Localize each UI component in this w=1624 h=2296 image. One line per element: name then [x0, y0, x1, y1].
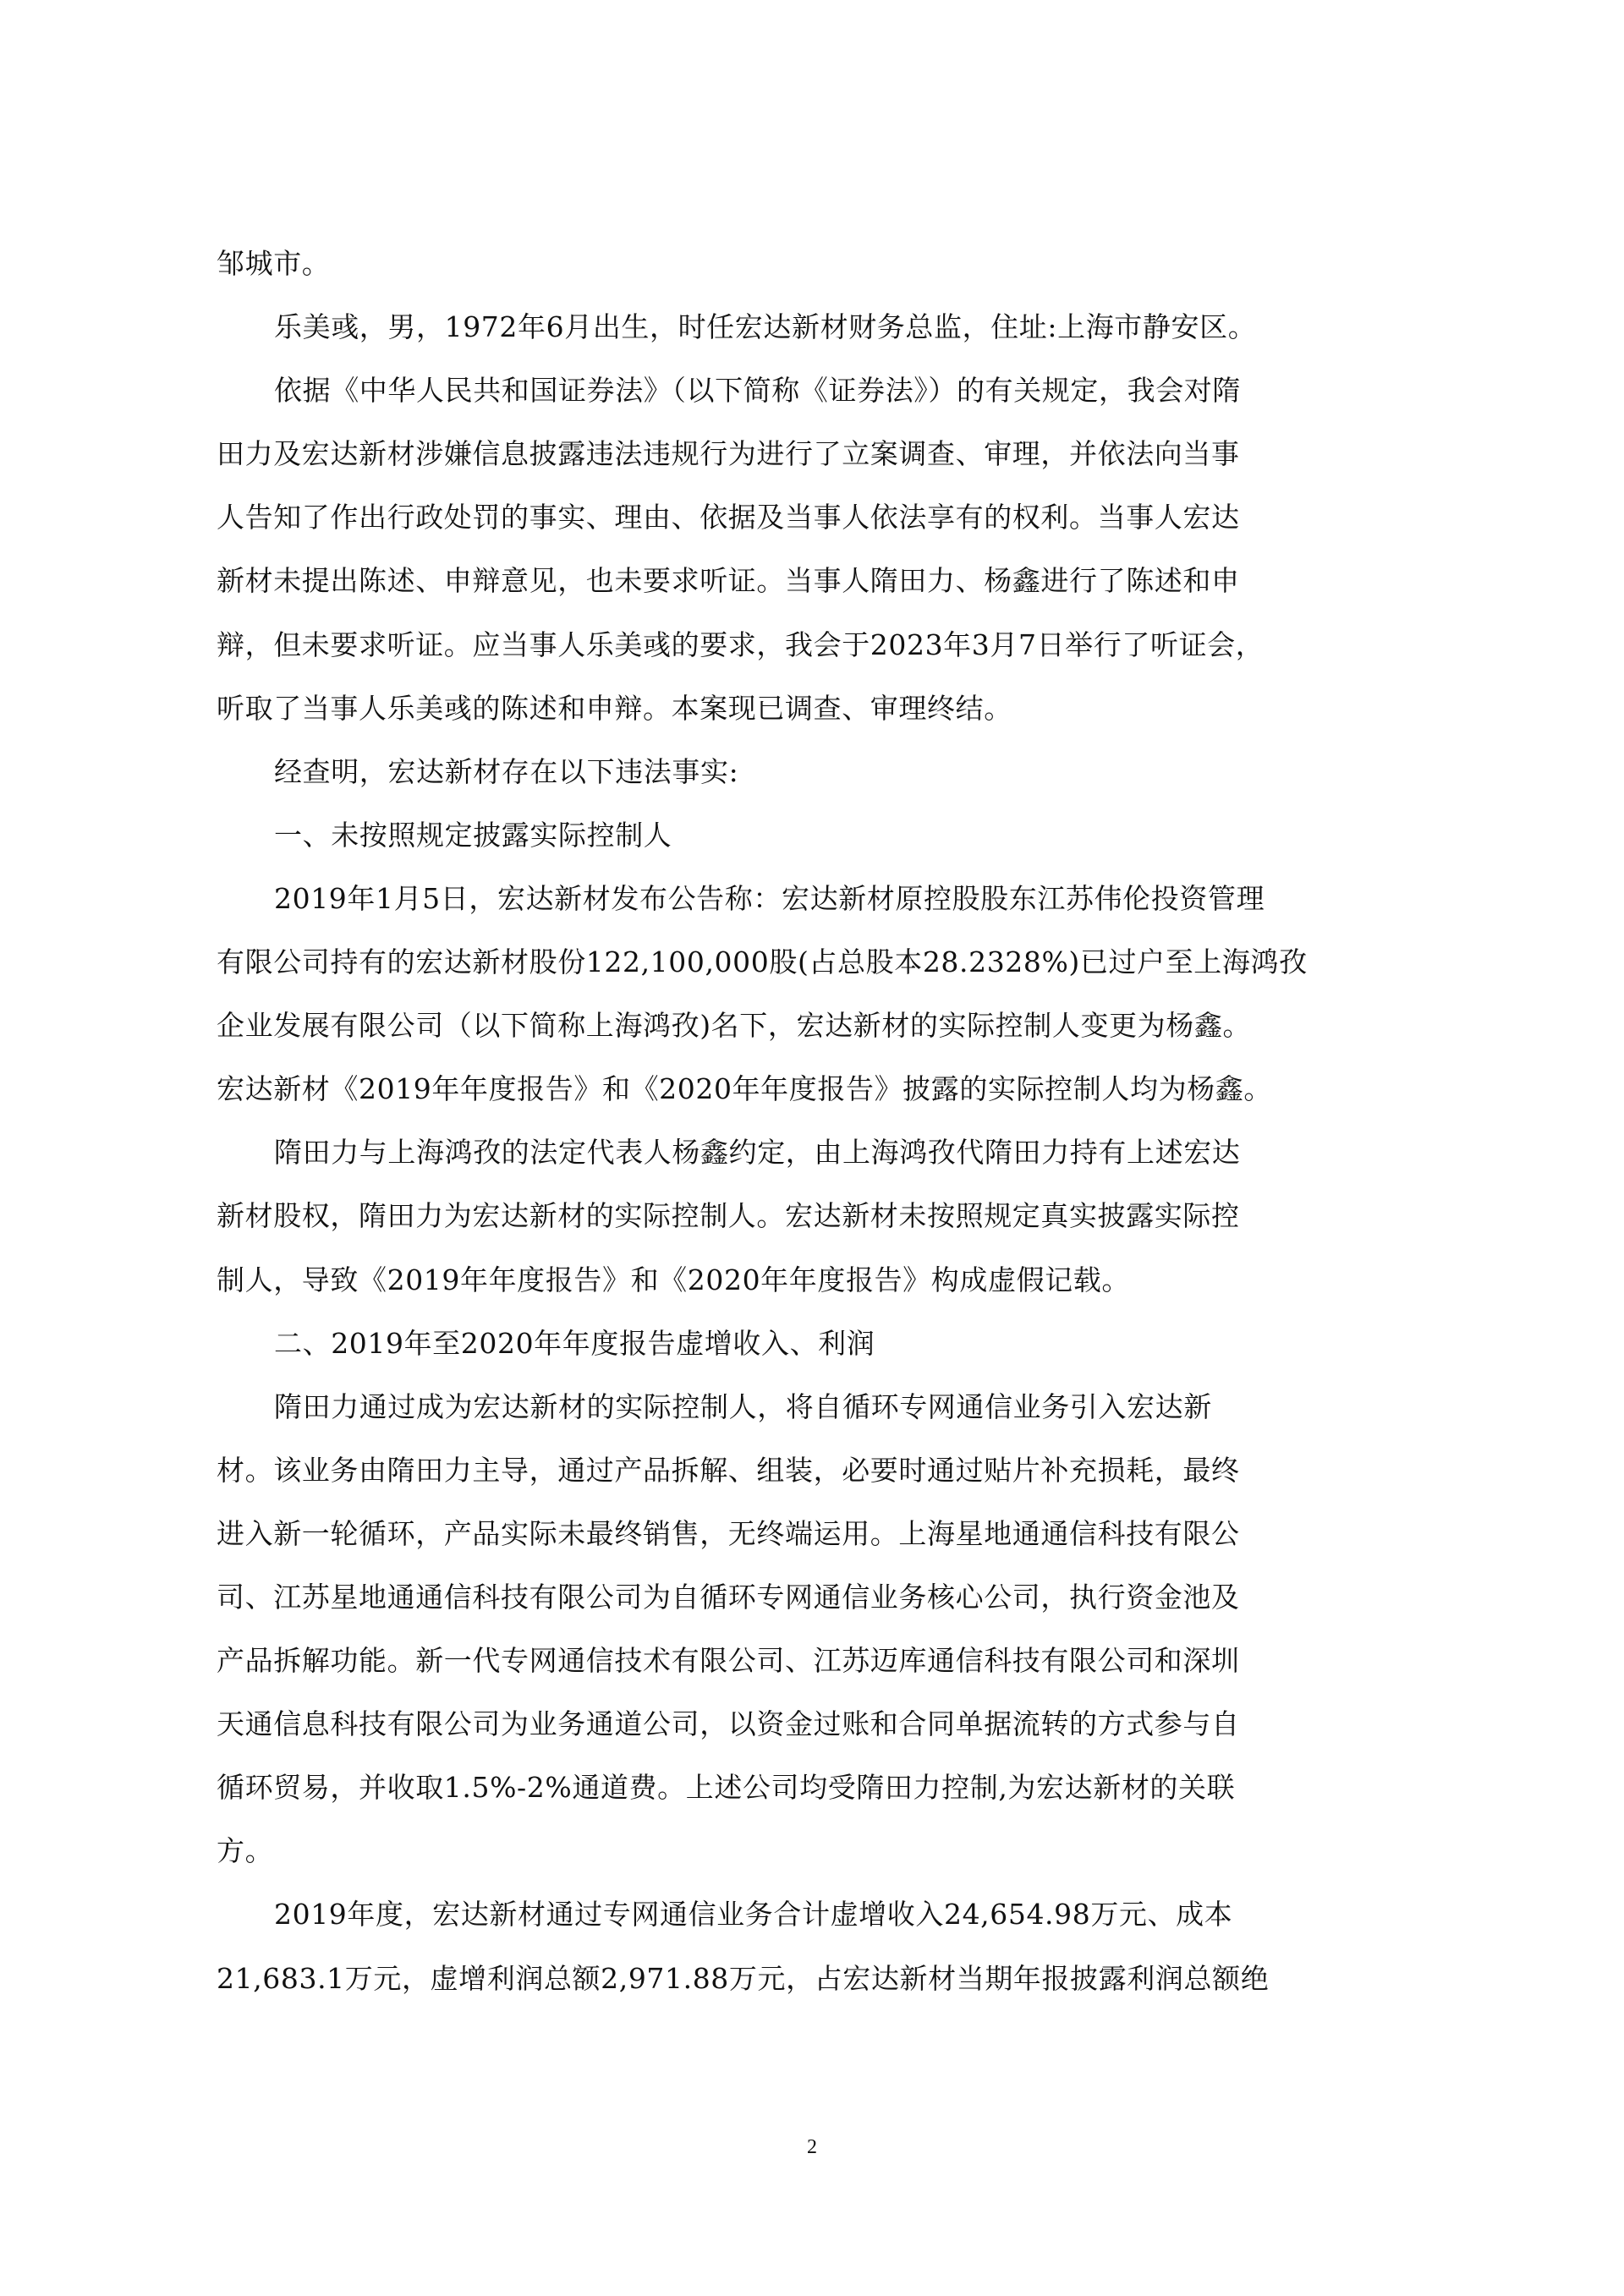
- text-line-20: 材。该业务由隋田力主导，通过产品拆解、组装，必要时通过贴片补充损耗，最终: [217, 1452, 1418, 1515]
- text-line-9: 经查明，宏达新材存在以下违法事实:: [217, 753, 1418, 817]
- text-line-5: 人告知了作出行政处罚的事实、理由、依据及当事人依法享有的权利。当事人宏达: [217, 499, 1418, 562]
- text-line-12: 有限公司持有的宏达新材股份122,100,000股(占总股本28.2328%)已…: [217, 944, 1418, 1007]
- section-heading-2: 二、2019年至2020年年度报告虚增收入、利润: [217, 1325, 1418, 1389]
- text-line-25: 循环贸易，并收取1.5%-2%通道费。上述公司均受隋田力控制,为宏达新材的关联: [217, 1769, 1418, 1833]
- text-line-11: 2019年1月5日，宏达新材发布公告称：宏达新材原控股股东江苏伟伦投资管理: [217, 880, 1418, 944]
- text-line-7: 辩，但未要求听证。应当事人乐美彧的要求，我会于2023年3月7日举行了听证会，: [217, 627, 1418, 690]
- text-line-23: 产品拆解功能。新一代专网通信技术有限公司、江苏迈库通信科技有限公司和深圳: [217, 1642, 1418, 1706]
- text-line-19: 隋田力通过成为宏达新材的实际控制人，将自循环专网通信业务引入宏达新: [217, 1389, 1418, 1452]
- document-page: 邹城市。 乐美彧，男，1972年6月出生，时任宏达新材财务总监，住址:上海市静安…: [0, 0, 1624, 2296]
- text-line-13: 企业发展有限公司（以下简称上海鸿孜)名下，宏达新材的实际控制人变更为杨鑫。: [217, 1007, 1418, 1071]
- text-line-1: 邹城市。: [217, 245, 1418, 309]
- text-line-6: 新材未提出陈述、申辩意见，也未要求听证。当事人隋田力、杨鑫进行了陈述和申: [217, 562, 1418, 626]
- text-line-2: 乐美彧，男，1972年6月出生，时任宏达新材财务总监，住址:上海市静安区。: [217, 309, 1418, 372]
- text-line-16: 新材股权，隋田力为宏达新材的实际控制人。宏达新材未按照规定真实披露实际控: [217, 1197, 1418, 1261]
- text-line-21: 进入新一轮循环，产品实际未最终销售，无终端运用。上海星地通通信科技有限公: [217, 1515, 1418, 1579]
- text-line-8: 听取了当事人乐美彧的陈述和申辩。本案现已调查、审理终结。: [217, 690, 1418, 753]
- text-line-3: 依据《中华人民共和国证券法》（以下简称《证券法》）的有关规定，我会对隋: [217, 372, 1418, 436]
- text-line-22: 司、江苏星地通通信科技有限公司为自循环专网通信业务核心公司，执行资金池及: [217, 1579, 1418, 1642]
- text-line-28: 21,683.1万元，虚增利润总额2,971.88万元，占宏达新材当期年报披露利…: [217, 1960, 1418, 2024]
- page-number: 2: [0, 2136, 1624, 2159]
- document-body: 邹城市。 乐美彧，男，1972年6月出生，时任宏达新材财务总监，住址:上海市静安…: [217, 245, 1418, 2024]
- text-line-15: 隋田力与上海鸿孜的法定代表人杨鑫约定，由上海鸿孜代隋田力持有上述宏达: [217, 1134, 1418, 1197]
- text-line-4: 田力及宏达新材涉嫌信息披露违法违规行为进行了立案调查、审理，并依法向当事: [217, 436, 1418, 499]
- text-line-14: 宏达新材《2019年年度报告》和《2020年年度报告》披露的实际控制人均为杨鑫。: [217, 1071, 1418, 1134]
- text-line-24: 天通信息科技有限公司为业务通道公司，以资金过账和合同单据流转的方式参与自: [217, 1706, 1418, 1769]
- text-line-27: 2019年度，宏达新材通过专网通信业务合计虚增收入24,654.98万元、成本: [217, 1896, 1418, 1959]
- text-line-26: 方。: [217, 1833, 1418, 1896]
- text-line-17: 制人，导致《2019年年度报告》和《2020年年度报告》构成虚假记载。: [217, 1262, 1418, 1325]
- section-heading-1: 一、未按照规定披露实际控制人: [217, 817, 1418, 880]
